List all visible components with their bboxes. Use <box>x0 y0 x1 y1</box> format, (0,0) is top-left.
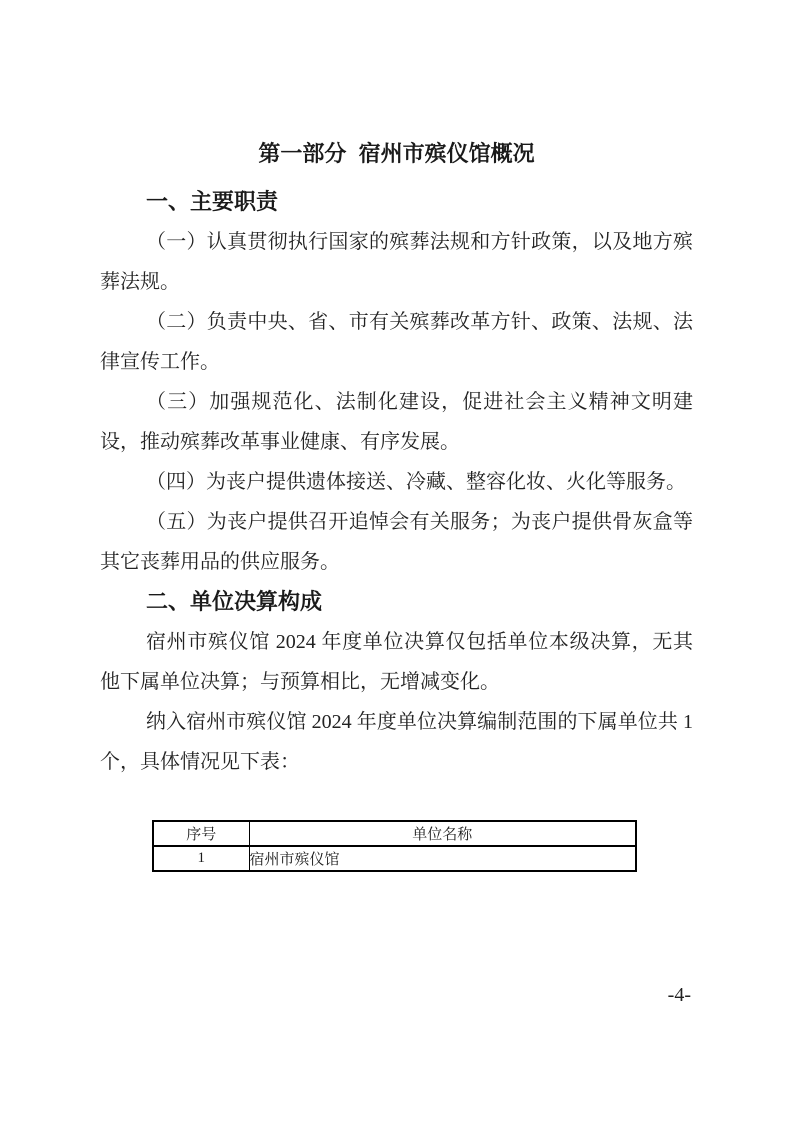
table-cell-serial-number: 1 <box>153 846 249 871</box>
paragraph-duty-3: （三）加强规范化、法制化建设，促进社会主义精神文明建设，推动殡葬改革事业健康、有… <box>100 382 693 462</box>
paragraph-accounts-scope: 宿州市殡仪馆 2024 年度单位决算仅包括单位本级决算，无其他下属单位决算；与预… <box>100 622 693 702</box>
table-cell-unit-name: 宿州市殡仪馆 <box>249 846 636 871</box>
paragraph-duty-4: （四）为丧户提供遗体接送、冷藏、整容化妆、火化等服务。 <box>100 462 693 502</box>
section-heading-accounts-composition: 二、单位决算构成 <box>100 582 693 622</box>
table-header-serial-number: 序号 <box>153 821 249 846</box>
table-header-row: 序号 单位名称 <box>153 821 636 846</box>
page-number: -4- <box>668 984 691 1007</box>
paragraph-duty-2: （二）负责中央、省、市有关殡葬改革方针、政策、法规、法律宣传工作。 <box>100 302 693 382</box>
paragraph-subordinate-units: 纳入宿州市殡仪馆 2024 年度单位决算编制范围的下属单位共 1 个，具体情况见… <box>100 702 693 782</box>
table-row: 1 宿州市殡仪馆 <box>153 846 636 871</box>
document-page: 第一部分 宿州市殡仪馆概况 一、主要职责 （一）认真贯彻执行国家的殡葬法规和方针… <box>0 0 793 1122</box>
section-heading-main-duties: 一、主要职责 <box>100 188 693 216</box>
paragraph-duty-1: （一）认真贯彻执行国家的殡葬法规和方针政策，以及地方殡葬法规。 <box>100 222 693 302</box>
paragraph-duty-5: （五）为丧户提供召开追悼会有关服务；为丧户提供骨灰盒等其它丧葬用品的供应服务。 <box>100 502 693 582</box>
page-title: 第一部分 宿州市殡仪馆概况 <box>100 140 693 168</box>
subordinate-units-table: 序号 单位名称 1 宿州市殡仪馆 <box>152 820 637 872</box>
table-header-unit-name: 单位名称 <box>249 821 636 846</box>
